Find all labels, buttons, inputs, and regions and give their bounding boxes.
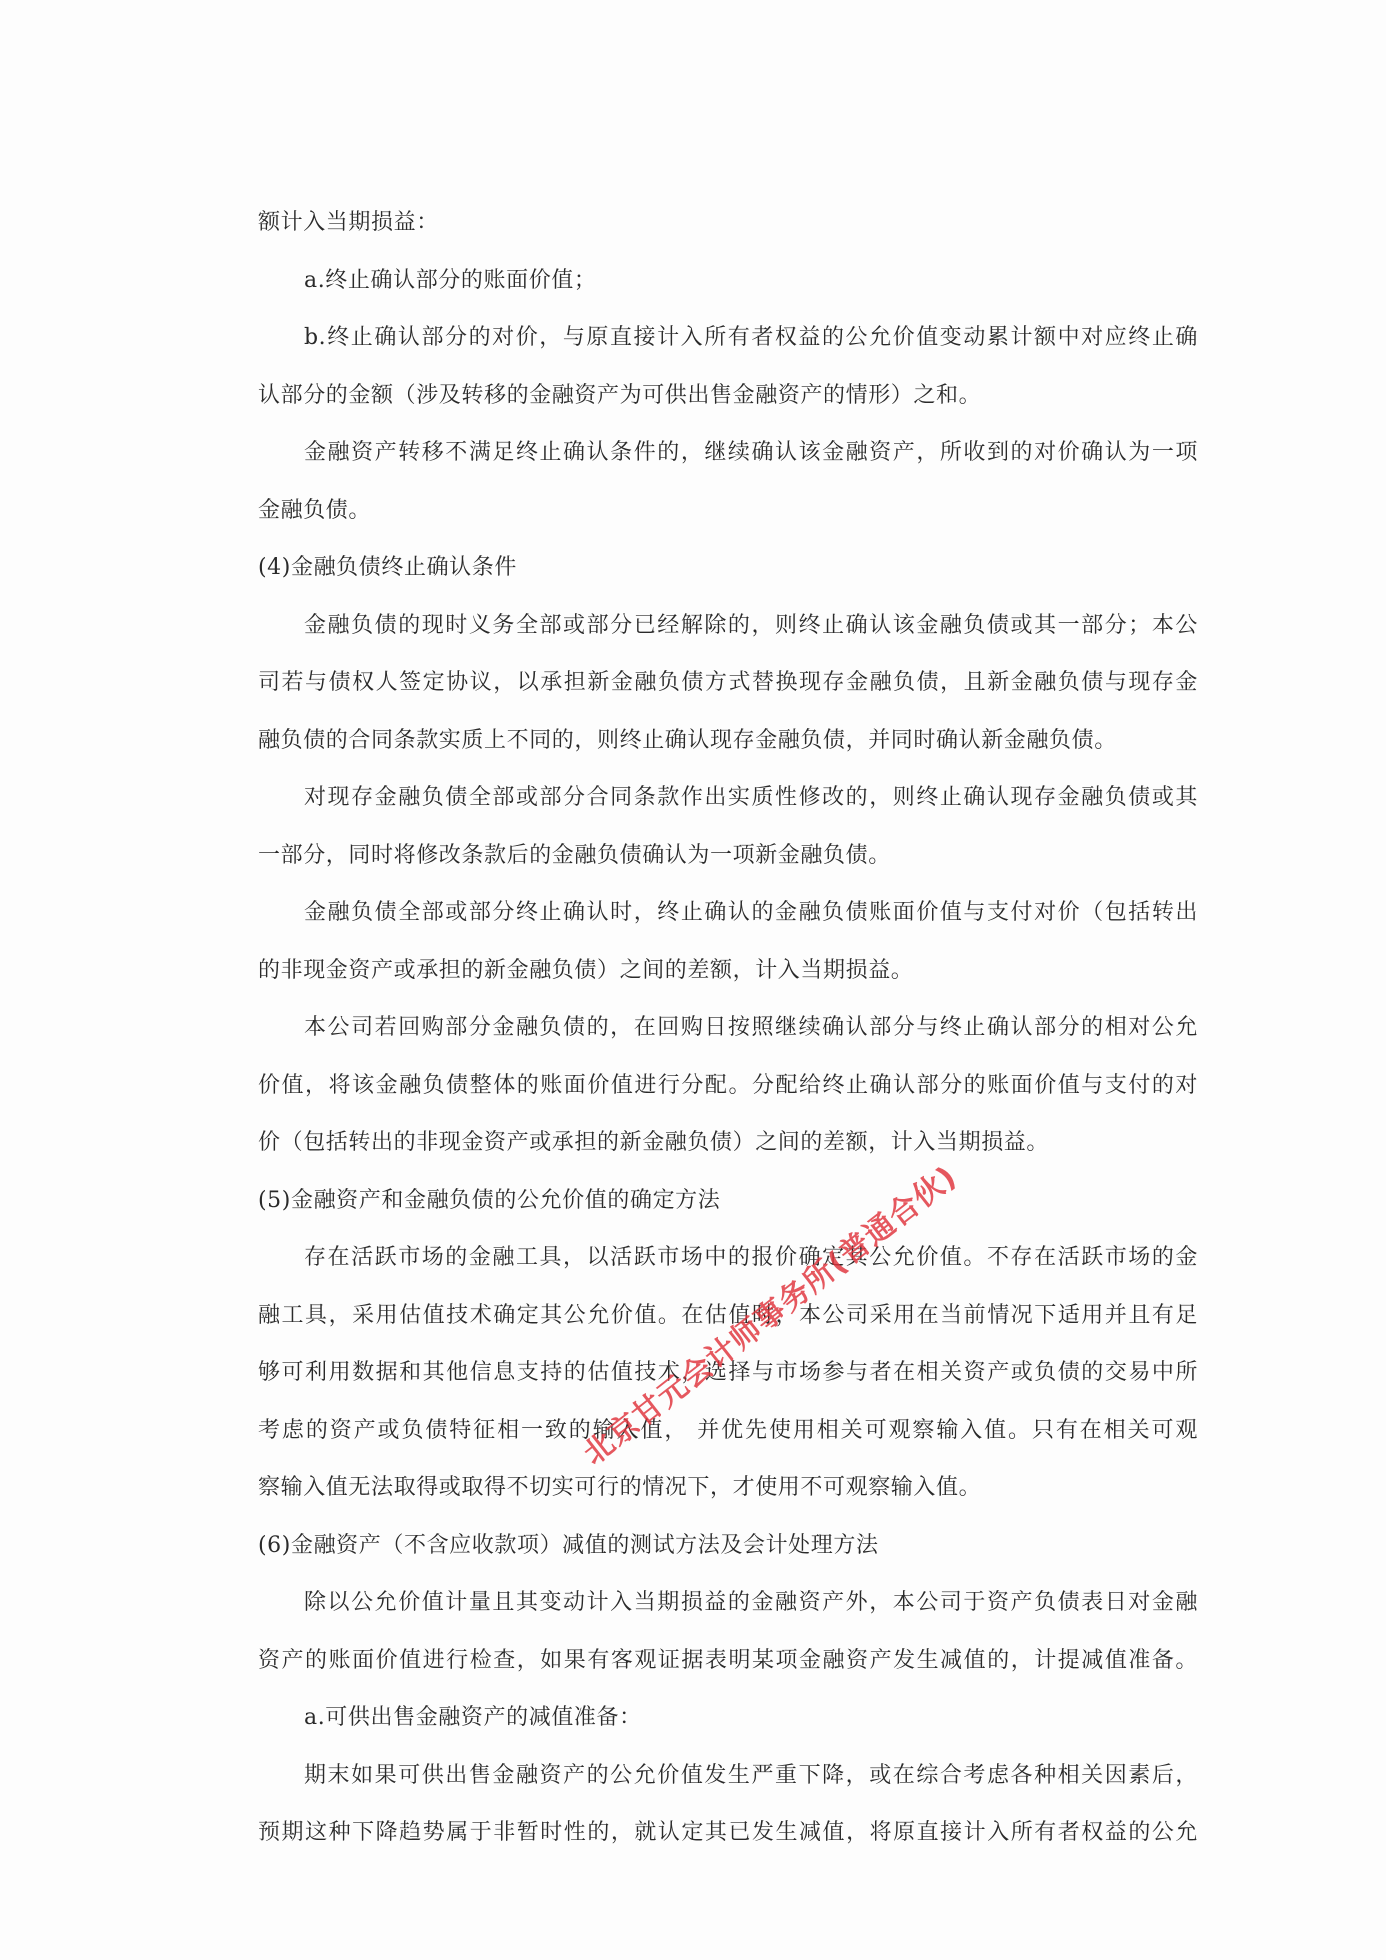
paragraph-line: a.可供出售金融资产的减值准备：: [258, 1703, 1198, 1761]
paragraph-line: 金融负债全部或部分终止确认时，终止确认的金融负债账面价值与支付对价（包括转出: [258, 898, 1198, 956]
paragraph-line: 预期这种下降趋势属于非暂时性的，就认定其已发生减值，将原直接计入所有者权益的公允: [258, 1818, 1198, 1876]
section-heading: (5)金融资产和金融负债的公允价值的确定方法: [258, 1186, 1198, 1244]
paragraph-line: 一部分，同时将修改条款后的金融负债确认为一项新金融负债。: [258, 841, 1198, 899]
paragraph-line: 价（包括转出的非现金资产或承担的新金融负债）之间的差额，计入当期损益。: [258, 1128, 1198, 1186]
document-body: 额计入当期损益：a.终止确认部分的账面价值；b.终止确认部分的对价，与原直接计入…: [258, 208, 1198, 1876]
paragraph-line: 考虑的资产或负债特征相一致的输入值， 并优先使用相关可观察输入值。只有在相关可观: [258, 1416, 1198, 1474]
paragraph-line: 的非现金资产或承担的新金融负债）之间的差额，计入当期损益。: [258, 956, 1198, 1014]
paragraph-line: 资产的账面价值进行检查，如果有客观证据表明某项金融资产发生减值的，计提减值准备。: [258, 1646, 1198, 1704]
paragraph-line: b.终止确认部分的对价，与原直接计入所有者权益的公允价值变动累计额中对应终止确: [258, 323, 1198, 381]
paragraph-line: 融负债的合同条款实质上不同的，则终止确认现存金融负债，并同时确认新金融负债。: [258, 726, 1198, 784]
paragraph-line: 本公司若回购部分金融负债的，在回购日按照继续确认部分与终止确认部分的相对公允: [258, 1013, 1198, 1071]
paragraph-line: a.终止确认部分的账面价值；: [258, 266, 1198, 324]
paragraph-line: 价值，将该金融负债整体的账面价值进行分配。分配给终止确认部分的账面价值与支付的对: [258, 1071, 1198, 1129]
paragraph-line: 额计入当期损益：: [258, 208, 1198, 266]
section-heading: (4)金融负债终止确认条件: [258, 553, 1198, 611]
paragraph-line: 金融负债。: [258, 496, 1198, 554]
paragraph-line: 期末如果可供出售金融资产的公允价值发生严重下降，或在综合考虑各种相关因素后，: [258, 1761, 1198, 1819]
paragraph-line: 金融资产转移不满足终止确认条件的，继续确认该金融资产，所收到的对价确认为一项: [258, 438, 1198, 496]
paragraph-line: 金融负债的现时义务全部或部分已经解除的，则终止确认该金融负债或其一部分；本公: [258, 611, 1198, 669]
paragraph-line: 察输入值无法取得或取得不切实可行的情况下，才使用不可观察输入值。: [258, 1473, 1198, 1531]
document-page: 额计入当期损益：a.终止确认部分的账面价值；b.终止确认部分的对价，与原直接计入…: [0, 0, 1386, 1960]
paragraph-line: 对现存金融负债全部或部分合同条款作出实质性修改的，则终止确认现存金融负债或其: [258, 783, 1198, 841]
section-heading: (6)金融资产（不含应收款项）减值的测试方法及会计处理方法: [258, 1531, 1198, 1589]
paragraph-line: 认部分的金额（涉及转移的金融资产为可供出售金融资产的情形）之和。: [258, 381, 1198, 439]
paragraph-line: 除以公允价值计量且其变动计入当期损益的金融资产外，本公司于资产负债表日对金融: [258, 1588, 1198, 1646]
paragraph-line: 司若与债权人签定协议，以承担新金融负债方式替换现存金融负债，且新金融负债与现存金: [258, 668, 1198, 726]
paragraph-line: 存在活跃市场的金融工具，以活跃市场中的报价确定其公允价值。不存在活跃市场的金: [258, 1243, 1198, 1301]
